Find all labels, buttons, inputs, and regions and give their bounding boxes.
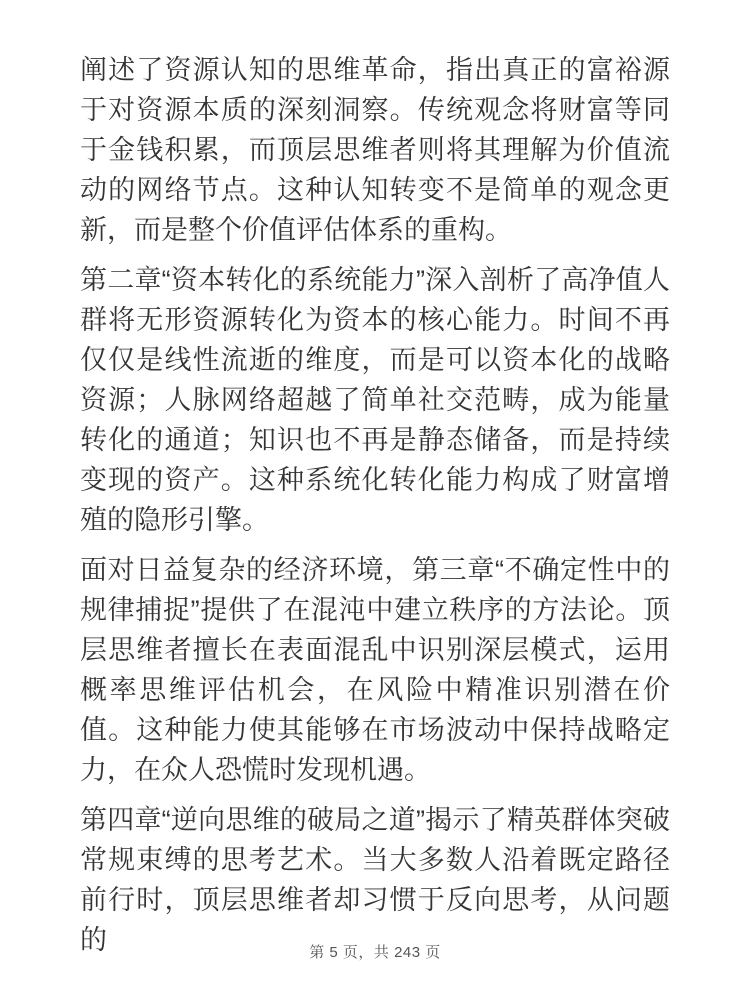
page-indicator: 第 5 页，共 243 页 <box>309 944 441 961</box>
document-body: 阐述了资源认知的思维革命，指出真正的富裕源于对资源本质的深刻洞察。传统观念将财富… <box>80 50 670 970</box>
paragraph: 面对日益复杂的经济环境，第三章“不确定性中的规律捕捉”提供了在混沌中建立秩序的方… <box>80 550 670 790</box>
paragraph: 第四章“逆向思维的破局之道”揭示了精英群体突破常规束缚的思考艺术。当大多数人沿着… <box>80 800 670 960</box>
paragraph: 第二章“资本转化的系统能力”深入剖析了高净值人群将无形资源转化为资本的核心能力。… <box>80 260 670 540</box>
paragraph: 阐述了资源认知的思维革命，指出真正的富裕源于对资源本质的深刻洞察。传统观念将财富… <box>80 50 670 250</box>
page-footer: 第 5 页，共 243 页 <box>0 942 750 964</box>
reader-page: 阐述了资源认知的思维革命，指出真正的富裕源于对资源本质的深刻洞察。传统观念将财富… <box>0 0 750 1000</box>
